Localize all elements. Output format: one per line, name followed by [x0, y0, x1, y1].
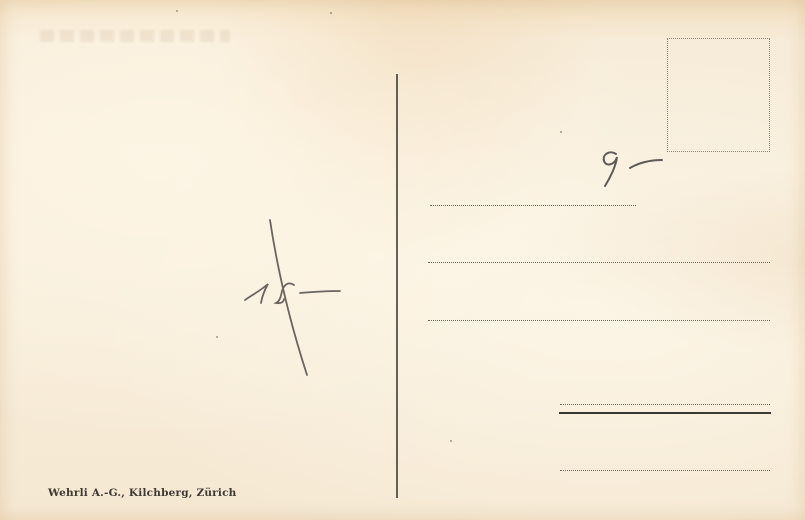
bleed-through-text [40, 30, 230, 42]
postcard-back: 9.– 15.– Wehrli A.-G., Kilchberg, Zürich [0, 0, 805, 520]
paper-speck [176, 10, 178, 12]
paper-speck [216, 336, 218, 338]
publisher-imprint: Wehrli A.-G., Kilchberg, Zürich [48, 487, 237, 499]
address-line-3 [428, 320, 770, 321]
center-divider-line [396, 74, 398, 498]
address-line-4-underline [559, 412, 771, 414]
address-line-5 [560, 470, 770, 471]
paper-speck [330, 12, 332, 14]
handwritten-price-left [240, 215, 350, 380]
paper-speck [560, 131, 562, 133]
paper-speck [450, 440, 452, 442]
address-line-1 [430, 205, 636, 206]
address-line-2 [428, 262, 770, 263]
address-line-4 [560, 404, 770, 405]
handwritten-price-right [596, 146, 668, 192]
stamp-placement-box [667, 38, 770, 152]
